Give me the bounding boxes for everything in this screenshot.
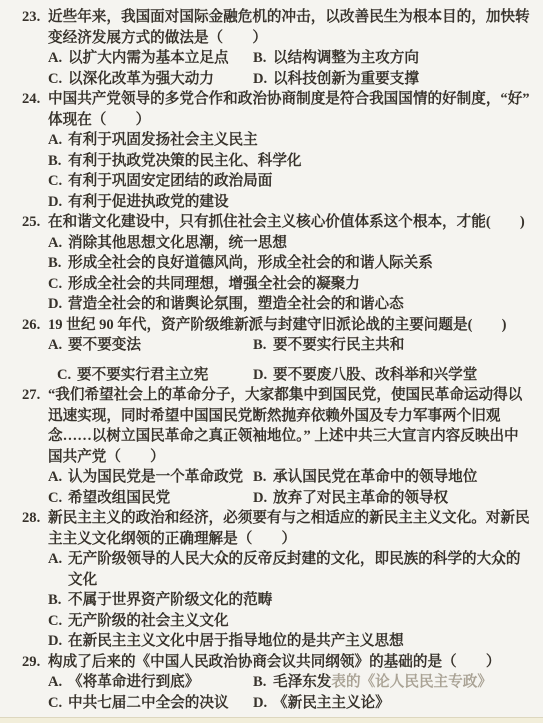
option-text: 以科技创新为重要支撑	[273, 69, 533, 90]
option-text: 以深化改革为强大动力	[68, 69, 253, 90]
option-c: C. 形成全社会的共同理想，增强全社会的凝聚力	[48, 274, 533, 295]
question-24: 24. 中国共产党领导的多党合作和政治协商制度是符合我国国情的好制度，“好” 体…	[22, 89, 533, 212]
page-bottom-edge	[0, 717, 543, 723]
option-b: B. 有利于执政党决策的民主化、科学化	[48, 151, 533, 172]
exam-page: 23. 近些年来，我国面对国际金融危机的冲击，以改善民生为根本目的，加快转 变经…	[0, 0, 543, 717]
option-b: B. 以结构调整为主攻方向	[253, 48, 533, 69]
option-row: C. 以深化改革为强大动力 D. 以科技创新为重要支撑	[48, 69, 533, 90]
option-d: D. 《新民主主义论》	[253, 693, 533, 714]
option-label: B.	[48, 590, 68, 611]
option-text-clear: 毛泽东发	[273, 674, 331, 690]
option-a: A. 《将革命进行到底》	[48, 672, 253, 693]
options: A. 要不要变法 B. 要不要实行民主共和 C. 要不要实行君主立宪 D. 要不…	[48, 335, 533, 385]
option-label: D.	[48, 192, 68, 213]
option-row: C. 希望改组国民党 D. 放弃了对民主革命的领导权	[48, 488, 533, 509]
option-label: C.	[48, 693, 68, 714]
option-a: A. 要不要变法	[48, 335, 253, 356]
options: A. 有利于巩固发扬社会主义民主 B. 有利于执政党决策的民主化、科学化 C. …	[48, 130, 533, 212]
option-text: 有利于执政党决策的民主化、科学化	[68, 151, 533, 172]
option-text: 无产阶级领导的人民大众的反帝反封建的文化，即民族的科学的大众的 文化	[68, 549, 533, 590]
option-label: D.	[253, 69, 273, 90]
option-label: A.	[48, 335, 68, 356]
option-label: A.	[48, 48, 68, 69]
question-number: 26.	[22, 315, 48, 336]
question-head: 24. 中国共产党领导的多党合作和政治协商制度是符合我国国情的好制度，“好” 体…	[22, 89, 533, 130]
option-text: 形成全社会的良好道德风尚，形成全社会的和谐人际关系	[68, 253, 533, 274]
option-d: D. 放弃了对民主革命的领导权	[253, 488, 533, 509]
question-stem: “我们希望社会上的革命分子，大家都集中到国民党，使国民革命运动得以 迅速实现，同…	[48, 385, 533, 467]
question-number: 24.	[22, 89, 48, 130]
question-head: 29. 构成了后来的《中国人民政治协商会议共同纲领》的基础的是（ ）	[22, 652, 533, 673]
option-text: 要不要变法	[68, 335, 253, 356]
question-stem: 中国共产党领导的多党合作和政治协商制度是符合我国国情的好制度，“好” 体现在（ …	[48, 89, 533, 130]
option-c: C. 中共七届二中全会的决议	[48, 693, 253, 714]
option-text: 营造全社会的和谐舆论氛围，塑造全社会的和谐心态	[68, 294, 533, 315]
option-text: 消除其他思想文化思潮，统一思想	[68, 233, 533, 254]
option-d: D. 有利于促进执政党的建设	[48, 192, 533, 213]
options: A. 以扩大内需为基本立足点 B. 以结构调整为主攻方向 C. 以深化改革为强大…	[48, 48, 533, 89]
option-text: 中共七届二中全会的决议	[68, 693, 253, 714]
option-label: A.	[48, 672, 68, 693]
option-label: C.	[48, 69, 68, 90]
option-row: A. 认为国民党是一个革命政党 B. 承认国民党在革命中的领导地位	[48, 467, 533, 488]
option-row: C. 要不要实行君主立宪 D. 要不要废八股、改科举和兴学堂	[57, 365, 533, 386]
question-stem: 构成了后来的《中国人民政治协商会议共同纲领》的基础的是（ ）	[48, 652, 533, 673]
question-29: 29. 构成了后来的《中国人民政治协商会议共同纲领》的基础的是（ ） A. 《将…	[22, 652, 533, 714]
options: A. 消除其他思想文化思潮，统一思想 B. 形成全社会的良好道德风尚，形成全社会…	[48, 233, 533, 315]
option-text: 形成全社会的共同理想，增强全社会的凝聚力	[68, 274, 533, 295]
option-label: B.	[253, 467, 273, 488]
question-stem: 在和谐文化建设中，只有抓住社会主义核心价值体系这个根本，才能( )	[48, 212, 533, 233]
option-d: D. 在新民主主义文化中居于指导地位的是共产主义思想	[48, 631, 533, 652]
option-label: B.	[48, 151, 68, 172]
question-number: 23.	[22, 7, 48, 48]
question-stem: 新民主主义的政治和经济，必须要有与之相适应的新民主主义文化。对新民 主主义文化纲…	[48, 508, 533, 549]
option-c: C. 有利于巩固安定团结的政治局面	[48, 171, 533, 192]
option-text: 要不要废八股、改科举和兴学堂	[273, 365, 533, 386]
option-label: C.	[48, 611, 68, 632]
option-text: 毛泽东发表的《论人民民主专政》	[273, 672, 533, 693]
option-a: A. 以扩大内需为基本立足点	[48, 48, 253, 69]
question-number: 27.	[22, 385, 48, 467]
option-text: 要不要实行民主共和	[273, 335, 533, 356]
option-c: C. 无产阶级的社会主义文化	[48, 611, 533, 632]
option-text: 要不要实行君主立宪	[77, 365, 253, 386]
option-text: 承认国民党在革命中的领导地位	[273, 467, 533, 488]
option-text: 放弃了对民主革命的领导权	[273, 488, 533, 509]
option-a: A. 有利于巩固发扬社会主义民主	[48, 130, 533, 151]
question-head: 25. 在和谐文化建设中，只有抓住社会主义核心价值体系这个根本，才能( )	[22, 212, 533, 233]
question-number: 25.	[22, 212, 48, 233]
option-text: 《将革命进行到底》	[68, 672, 253, 693]
question-head: 28. 新民主主义的政治和经济，必须要有与之相适应的新民主主义文化。对新民 主主…	[22, 508, 533, 549]
option-label: C.	[48, 171, 68, 192]
option-b: B. 毛泽东发表的《论人民民主专政》	[253, 672, 533, 693]
option-c: C. 要不要实行君主立宪	[57, 365, 253, 386]
option-d: D. 营造全社会的和谐舆论氛围，塑造全社会的和谐心态	[48, 294, 533, 315]
option-text: 无产阶级的社会主义文化	[68, 611, 533, 632]
option-label: C.	[48, 274, 68, 295]
option-label: D.	[48, 294, 68, 315]
option-label: D.	[253, 693, 273, 714]
option-label: D.	[253, 488, 273, 509]
option-label: D.	[48, 631, 68, 652]
option-label: C.	[48, 488, 68, 509]
option-label: B.	[48, 253, 68, 274]
question-stem: 19 世纪 90 年代，资产阶级维新派与封建守旧派论战的主要问题是( )	[48, 315, 533, 336]
option-b: B. 要不要实行民主共和	[253, 335, 533, 356]
option-text: 以结构调整为主攻方向	[273, 48, 533, 69]
option-text: 不属于世界资产阶级文化的范畴	[68, 590, 533, 611]
question-23: 23. 近些年来，我国面对国际金融危机的冲击，以改善民生为根本目的，加快转 变经…	[22, 7, 533, 89]
option-label: C.	[57, 365, 77, 386]
option-c: C. 希望改组国民党	[48, 488, 253, 509]
option-text: 《新民主主义论》	[273, 693, 533, 714]
option-c: C. 以深化改革为强大动力	[48, 69, 253, 90]
option-d: D. 要不要废八股、改科举和兴学堂	[253, 365, 533, 386]
question-26: 26. 19 世纪 90 年代，资产阶级维新派与封建守旧派论战的主要问题是( )…	[22, 315, 533, 386]
option-label: B.	[253, 672, 273, 693]
question-head: 27. “我们希望社会上的革命分子，大家都集中到国民党，使国民革命运动得以 迅速…	[22, 385, 533, 467]
option-text: 认为国民党是一个革命政党	[68, 467, 253, 488]
option-text: 有利于巩固安定团结的政治局面	[68, 171, 533, 192]
option-text: 希望改组国民党	[68, 488, 253, 509]
option-text: 以扩大内需为基本立足点	[68, 48, 253, 69]
options: A. 认为国民党是一个革命政党 B. 承认国民党在革命中的领导地位 C. 希望改…	[48, 467, 533, 508]
option-b: B. 不属于世界资产阶级文化的范畴	[48, 590, 533, 611]
option-text: 有利于巩固发扬社会主义民主	[68, 130, 533, 151]
options: A. 无产阶级领导的人民大众的反帝反封建的文化，即民族的科学的大众的 文化 B.…	[48, 549, 533, 652]
option-d: D. 以科技创新为重要支撑	[253, 69, 533, 90]
question-28: 28. 新民主主义的政治和经济，必须要有与之相适应的新民主主义文化。对新民 主主…	[22, 508, 533, 652]
question-25: 25. 在和谐文化建设中，只有抓住社会主义核心价值体系这个根本，才能( ) A.…	[22, 212, 533, 315]
option-label: A.	[48, 467, 68, 488]
options: A. 《将革命进行到底》 B. 毛泽东发表的《论人民民主专政》 C. 中共七届二…	[48, 672, 533, 713]
question-number: 29.	[22, 652, 48, 673]
option-label: A.	[48, 549, 68, 590]
question-stem: 近些年来，我国面对国际金融危机的冲击，以改善民生为根本目的，加快转 变经济发展方…	[48, 7, 533, 48]
option-label: D.	[253, 365, 273, 386]
option-b: B. 承认国民党在革命中的领导地位	[253, 467, 533, 488]
question-head: 26. 19 世纪 90 年代，资产阶级维新派与封建守旧派论战的主要问题是( )	[22, 315, 533, 336]
option-label: B.	[253, 48, 273, 69]
option-row: A. 要不要变法 B. 要不要实行民主共和	[48, 335, 533, 356]
option-row: C. 中共七届二中全会的决议 D. 《新民主主义论》	[48, 693, 533, 714]
option-label: A.	[48, 130, 68, 151]
option-label: A.	[48, 233, 68, 254]
question-head: 23. 近些年来，我国面对国际金融危机的冲击，以改善民生为根本目的，加快转 变经…	[22, 7, 533, 48]
question-27: 27. “我们希望社会上的革命分子，大家都集中到国民党，使国民革命运动得以 迅速…	[22, 385, 533, 508]
option-a: A. 消除其他思想文化思潮，统一思想	[48, 233, 533, 254]
option-text: 有利于促进执政党的建设	[68, 192, 533, 213]
option-a: A. 无产阶级领导的人民大众的反帝反封建的文化，即民族的科学的大众的 文化	[48, 549, 533, 590]
option-b: B. 形成全社会的良好道德风尚，形成全社会的和谐人际关系	[48, 253, 533, 274]
option-label: B.	[253, 335, 273, 356]
option-row: A. 以扩大内需为基本立足点 B. 以结构调整为主攻方向	[48, 48, 533, 69]
option-text-faded: 表的《论人民民主专政》	[331, 674, 492, 690]
option-a: A. 认为国民党是一个革命政党	[48, 467, 253, 488]
option-row: A. 《将革命进行到底》 B. 毛泽东发表的《论人民民主专政》	[48, 672, 533, 693]
option-text: 在新民主主义文化中居于指导地位的是共产主义思想	[68, 631, 533, 652]
question-number: 28.	[22, 508, 48, 549]
